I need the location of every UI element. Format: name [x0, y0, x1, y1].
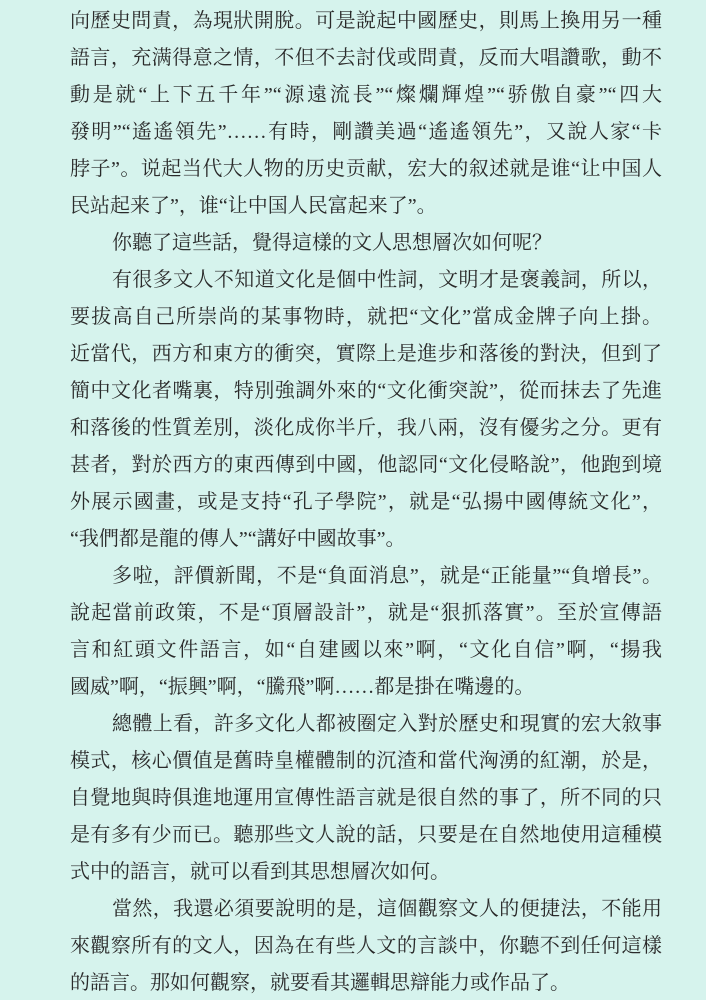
text-line: 有很多文人不知道文化是個中性詞，文明才是褒義詞，所以，: [70, 262, 662, 299]
text-line: 甚者，對於西方的東西傳到中國，他認同“文化侵略說”，他跑到境: [70, 447, 662, 484]
text-line: 模式，核心價值是舊時皇權體制的沉渣和當代洶湧的紅潮，於是，: [70, 743, 662, 780]
text-line: 要拔高自己所崇尚的某事物時，就把“文化”當成金牌子向上掛。: [70, 299, 662, 336]
text-line: 動是就“上下五千年”“源遠流長”“燦爛輝煌”“骄傲自豪”“四大: [70, 77, 662, 114]
text-line: 式中的語言，就可以看到其思想層次如何。: [70, 854, 662, 891]
text-line: 當然，我還必須要說明的是，這個觀察文人的便捷法，不能用: [70, 891, 662, 928]
text-line: 外展示國畫，或是支持“孔子學院”，就是“弘揚中國傳統文化”，: [70, 484, 662, 521]
text-line: 脖子”。说起当代大人物的历史贡献，宏大的叙述就是谁“让中国人: [70, 151, 662, 188]
text-line: 總體上看，許多文化人都被圈定入對於歷史和現實的宏大敘事: [70, 706, 662, 743]
text-line: 你聽了這些話，覺得這樣的文人思想層次如何呢？: [70, 225, 662, 262]
text-line: 來觀察所有的文人，因為在有些人文的言談中，你聽不到任何這樣: [70, 928, 662, 965]
text-line: 是有多有少而已。聽那些文人說的話，只要是在自然地使用這種模: [70, 817, 662, 854]
text-line: “我們都是龍的傳人”“講好中國故事”。: [70, 521, 662, 558]
text-line: 近當代，西方和東方的衝突，實際上是進步和落後的對決，但到了: [70, 336, 662, 373]
text-line: 說起當前政策，不是“頂層設計”，就是“狠抓落實”。至於宣傳語: [70, 595, 662, 632]
text-line: 國威”啊，“振興”啊，“騰飛”啊……都是掛在嘴邊的。: [70, 669, 662, 706]
text-line: 言和紅頭文件語言，如“自建國以來”啊，“文化自信”啊，“揚我: [70, 632, 662, 669]
text-block: 向歷史問責，為現狀開脫。可是說起中國歷史，則馬上換用另一種語言，充满得意之情，不…: [70, 3, 662, 1000]
text-line: 向歷史問責，為現狀開脫。可是說起中國歷史，則馬上換用另一種: [70, 3, 662, 40]
text-line: 語言，充满得意之情，不但不去討伐或問責，反而大唱讚歌，動不: [70, 40, 662, 77]
text-line: 發明”“遙遙領先”……有時，剛讚美過“遙遙領先”，又說人家“卡: [70, 114, 662, 151]
document-page: 向歷史問責，為現狀開脫。可是說起中國歷史，則馬上換用另一種語言，充满得意之情，不…: [0, 0, 706, 1000]
text-line: 民站起来了”，谁“让中国人民富起来了”。: [70, 188, 662, 225]
text-line: 多啦，評價新聞，不是“負面消息”，就是“正能量”“負增長”。: [70, 558, 662, 595]
text-line: 和落後的性質差別，淡化成你半斤，我八兩，沒有優劣之分。更有: [70, 410, 662, 447]
text-line: 自覺地與時俱進地運用宣傳性語言就是很自然的事了，所不同的只: [70, 780, 662, 817]
text-line: 簡中文化者嘴裏，特別強調外來的“文化衝突說”，從而抹去了先進: [70, 373, 662, 410]
text-line: 的語言。那如何觀察，就要看其邏輯思辯能力或作品了。: [70, 965, 662, 1000]
